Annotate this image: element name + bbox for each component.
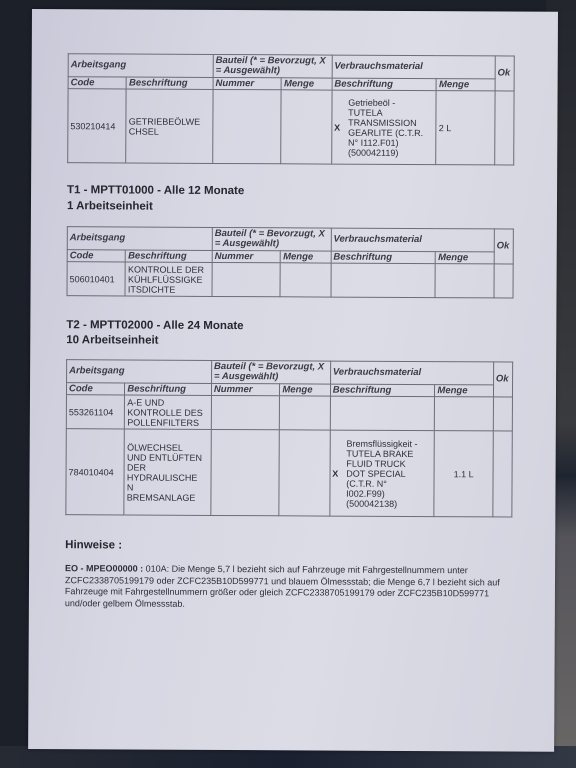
header-ok: Ok (495, 56, 514, 91)
header-verbrauchsmaterial: Verbrauchsmaterial (332, 55, 495, 79)
header-arbeitsgang: Arbeitsgang (67, 360, 212, 384)
row-material: Bremsflüssigkeit - TUTELA BRAKE FLUID TR… (346, 438, 417, 508)
header-nummer: Nummer (212, 250, 281, 262)
table-row: 784010404 ÖLWECHSEL UND ENTLÜFTEN DER HY… (66, 429, 512, 517)
header-material-beschriftung: Beschriftung (331, 251, 436, 264)
hinweise-title: Hinweise : (65, 539, 122, 551)
header-menge: Menge (281, 78, 331, 90)
row-nummer (213, 89, 282, 163)
hinweise-note: EO - MPEO00000 : 010A: Die Menge 5,7 l b… (65, 563, 525, 611)
row-material: Getriebeöl - TUTELA TRANSMISSION GEARLIT… (348, 97, 423, 157)
row-menge (281, 90, 332, 164)
header-beschriftung: Beschriftung (125, 383, 212, 395)
table-getriebeoel: Arbeitsgang Bauteil (* = Bevorzugt, X = … (67, 53, 515, 165)
table-row: 553261104 A-E UND KONTROLLE DES POLLENFI… (66, 395, 512, 431)
table-t1: Arbeitsgang Bauteil (* = Bevorzugt, X = … (66, 226, 513, 298)
row-material-menge: 2 L (436, 91, 495, 165)
header-bauteil: Bauteil (* = Bevorzugt, X = Ausgewählt) (212, 227, 331, 251)
row-material (330, 396, 435, 431)
row-material-menge (435, 264, 494, 298)
header-code: Code (67, 250, 125, 262)
header-bauteil: Bauteil (* = Bevorzugt, X = Ausgewählt) (213, 54, 332, 78)
row-beschriftung: ÖLWECHSEL UND ENTLÜFTEN DER HYDRAULISCHE… (124, 429, 211, 515)
row-nummer (212, 262, 281, 296)
header-menge: Menge (280, 384, 330, 396)
header-bauteil: Bauteil (* = Bevorzugt, X = Ausgewählt) (211, 360, 330, 384)
header-material-menge: Menge (436, 252, 494, 264)
row-code: 553261104 (66, 395, 125, 429)
section-t2-subtitle: 10 Arbeitseinheit (66, 333, 158, 348)
row-menge (280, 396, 331, 430)
header-menge: Menge (281, 251, 331, 263)
table-row: 506010401 KONTROLLE DER KÜHLFLÜSSIGKE IT… (67, 262, 513, 298)
row-material (331, 263, 436, 298)
section-t1-title: T1 - MPTT01000 - Alle 12 Monate (67, 183, 244, 199)
row-menge (280, 263, 331, 297)
row-beschriftung: GETRIEBEÖLWE CHSEL (126, 89, 213, 163)
header-beschriftung: Beschriftung (126, 250, 213, 262)
table-t2: Arbeitsgang Bauteil (* = Bevorzugt, X = … (65, 359, 513, 517)
row-menge (279, 430, 330, 516)
header-material-beschriftung: Beschriftung (332, 78, 437, 91)
header-ok: Ok (494, 229, 513, 264)
row-beschriftung: A-E UND KONTROLLE DES POLLENFILTERS (125, 395, 212, 429)
header-nummer: Nummer (211, 383, 280, 395)
document-content: Arbeitsgang Bauteil (* = Bevorzugt, X = … (68, 9, 520, 11)
header-verbrauchsmaterial: Verbrauchsmaterial (331, 228, 494, 252)
row-code: 784010404 (66, 429, 125, 515)
row-material-cell: X Getriebeöl - TUTELA TRANSMISSION GEARL… (331, 90, 436, 165)
header-arbeitsgang: Arbeitsgang (68, 54, 213, 78)
row-code: 506010401 (67, 262, 126, 296)
section-t2-title: T2 - MPTT02000 - Alle 24 Monate (66, 318, 243, 334)
selected-mark: X (334, 122, 348, 132)
row-material-menge (435, 397, 494, 431)
paper-sheet: Arbeitsgang Bauteil (* = Bevorzugt, X = … (28, 9, 558, 752)
header-nummer: Nummer (213, 77, 282, 89)
table-row: 530210414 GETRIEBEÖLWE CHSEL X Getriebeö… (68, 89, 514, 165)
header-code: Code (68, 77, 126, 89)
row-beschriftung: KONTROLLE DER KÜHLFLÜSSIGKE ITSDICHTE (125, 262, 212, 296)
header-arbeitsgang: Arbeitsgang (67, 227, 212, 251)
row-code: 530210414 (68, 89, 127, 163)
header-material-menge: Menge (437, 79, 495, 91)
row-material-menge: 1.1 L (434, 431, 493, 517)
row-nummer (211, 429, 280, 515)
section-t1-subtitle: 1 Arbeitseinheit (67, 199, 153, 214)
header-beschriftung: Beschriftung (126, 77, 213, 89)
note-label: EO - MPEO00000 : (65, 563, 143, 573)
header-material-beschriftung: Beschriftung (330, 384, 435, 397)
header-verbrauchsmaterial: Verbrauchsmaterial (330, 361, 493, 385)
row-ok[interactable] (495, 91, 515, 165)
row-material-cell: X Bremsflüssigkeit - TUTELA BRAKE FLUID … (330, 430, 435, 517)
header-ok: Ok (493, 362, 512, 397)
row-nummer (211, 395, 280, 429)
row-ok[interactable] (493, 431, 513, 517)
row-ok[interactable] (494, 264, 513, 298)
header-code: Code (66, 383, 124, 395)
row-ok[interactable] (493, 397, 512, 431)
header-material-menge: Menge (435, 385, 493, 397)
selected-mark: X (332, 468, 346, 478)
